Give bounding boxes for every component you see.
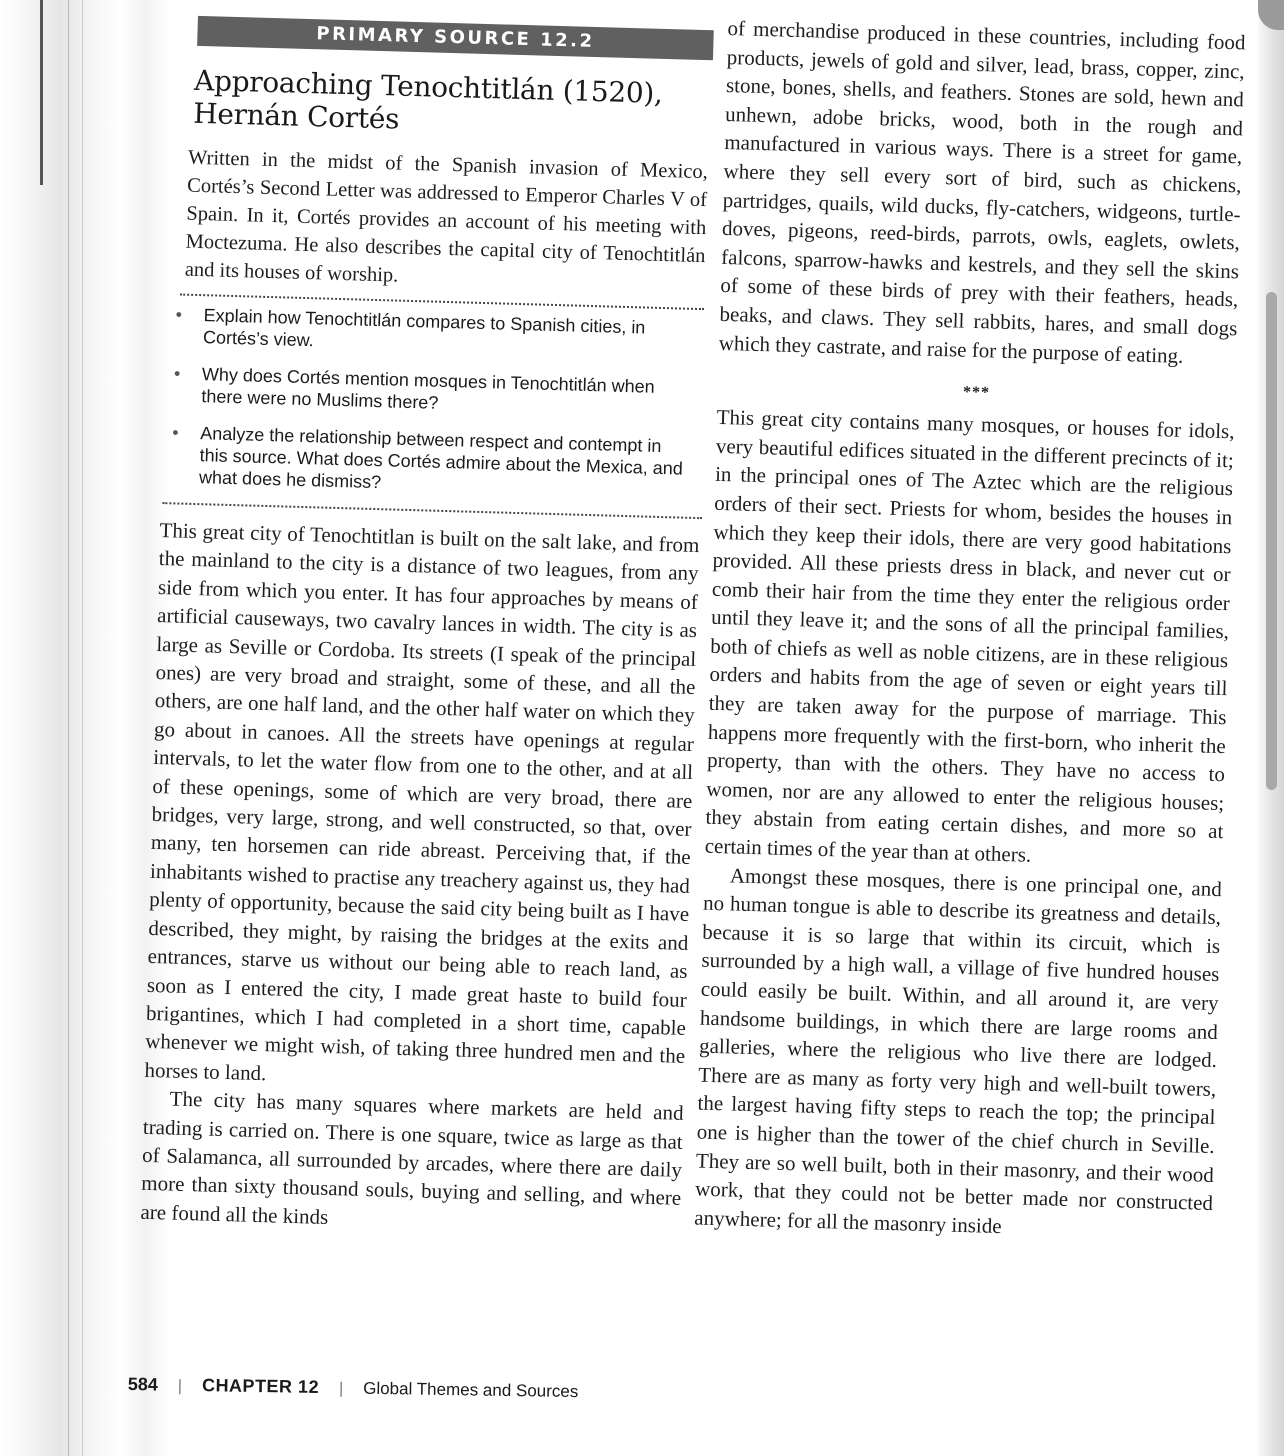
source-text-right-continued: This great city contains many mosques, o… — [694, 403, 1235, 1246]
chapter-label: CHAPTER 12 — [202, 1375, 319, 1398]
footer-separator: | — [178, 1378, 182, 1396]
source-intro: Written in the midst of the Spanish inva… — [184, 144, 708, 298]
question-item: Analyze the relationship between respect… — [163, 421, 685, 501]
question-item: Explain how Tenochtitlán compares to Spa… — [167, 303, 688, 362]
book-page: PRIMARY SOURCE 12.2 Approaching Tenochti… — [0, 0, 1284, 1456]
right-column: of merchandise produced in these countri… — [694, 14, 1256, 1247]
source-text-right: of merchandise produced in these countri… — [718, 14, 1245, 371]
primary-source-banner: PRIMARY SOURCE 12.2 — [197, 16, 714, 60]
source-title: Approaching Tenochtitlán (1520), Hernán … — [193, 64, 719, 145]
paragraph: of merchandise produced in these countri… — [718, 14, 1245, 371]
left-column: PRIMARY SOURCE 12.2 Approaching Tenochti… — [96, 14, 720, 1241]
question-item: Why does Cortés mention mosques in Tenoc… — [165, 362, 686, 421]
paragraph: The city has many squares where markets … — [140, 1084, 684, 1241]
discussion-questions: Explain how Tenochtitlán compares to Spa… — [163, 303, 688, 501]
dotted-divider — [162, 502, 702, 519]
paragraph: Amongst these mosques, there is one prin… — [694, 860, 1222, 1246]
source-text-left: This great city of Tenochtitlan is built… — [140, 516, 700, 1241]
section-label: Global Themes and Sources — [363, 1379, 578, 1402]
paragraph: This great city contains many mosques, o… — [704, 403, 1235, 875]
paragraph: This great city of Tenochtitlan is built… — [144, 516, 700, 1099]
page-number: 584 — [128, 1374, 158, 1395]
footer-separator: | — [339, 1380, 343, 1398]
page-footer: 584 | CHAPTER 12 | Global Themes and Sou… — [128, 1374, 648, 1403]
